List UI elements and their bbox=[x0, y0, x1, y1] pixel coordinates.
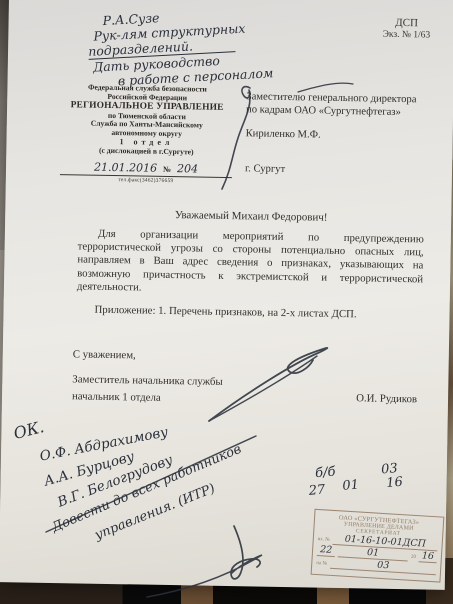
stamp-date-year: 16 bbox=[419, 551, 438, 563]
number-sign: № bbox=[163, 164, 171, 173]
handwritten-resolution-top: Р.А.Сузе Рук-лям структурных подразделен… bbox=[84, 4, 273, 90]
salutation: Уважаемый Михаил Федорович! bbox=[78, 207, 424, 225]
mark-day: 27 bbox=[308, 482, 326, 498]
closing-line: С уважением, bbox=[73, 348, 136, 361]
resolution-ok-mark: ОК. bbox=[12, 417, 46, 443]
signer-title-1: Заместитель начальника службы bbox=[72, 373, 222, 388]
dsp-classification-mark: ДСП Экз. № 1/63 bbox=[374, 17, 438, 41]
recipient-line2: по кадрам ОАО «Сургутнефтегаз» bbox=[246, 104, 451, 120]
copy-number: Экз. № 1/63 bbox=[374, 30, 438, 41]
mark-month: 01 bbox=[342, 478, 360, 494]
photo-of-document: ДСП Экз. № 1/63 Р.А.Сузе Рук-лям структу… bbox=[0, 0, 453, 604]
outgoing-date: 21.01.2016 bbox=[94, 160, 157, 174]
outgoing-number: 204 bbox=[177, 162, 198, 175]
recipient-name: Кириленко М.Ф. bbox=[246, 128, 451, 144]
body-paragraph: Для организации мероприятий по предупреж… bbox=[77, 227, 424, 299]
incoming-registration-stamp: ОАО «СУРГУТНЕФТЕГАЗ» УПРАВЛЕНИЕ ДЕЛАМИ С… bbox=[311, 509, 445, 583]
outgoing-date-row: 21.01.2016 № 204 bbox=[60, 160, 232, 178]
mark-bb: б/б bbox=[315, 465, 336, 482]
letterhead-location: (с дислокацией в г.Сургуте) bbox=[60, 146, 232, 158]
recipient-city: г. Сургут bbox=[245, 163, 450, 179]
stamp-ref-label: на № bbox=[316, 561, 327, 567]
mark-year: 16 bbox=[386, 475, 404, 491]
signer-name: О.И. Рудиков bbox=[332, 392, 417, 405]
signer-title-2: начальник 1 отдела bbox=[72, 390, 161, 404]
paper-sheet: ДСП Экз. № 1/63 Р.А.Сузе Рук-лям структу… bbox=[0, 0, 453, 590]
dsp-label: ДСП bbox=[375, 17, 439, 30]
letterhead: Федеральная служба безопасности Российск… bbox=[60, 83, 234, 185]
stamp-in-label: вх. № bbox=[318, 537, 330, 543]
stamp-date-prefix: 20 bbox=[411, 555, 416, 560]
handwritten-date-marks: б/б 27 01 03 16 bbox=[299, 461, 422, 511]
stamp-date-day: 22 bbox=[317, 545, 336, 557]
attachment-line: Приложение: 1. Перечень признаков, на 2-… bbox=[94, 304, 356, 321]
recipient-block: Заместителю генерального директора по ка… bbox=[245, 91, 451, 179]
